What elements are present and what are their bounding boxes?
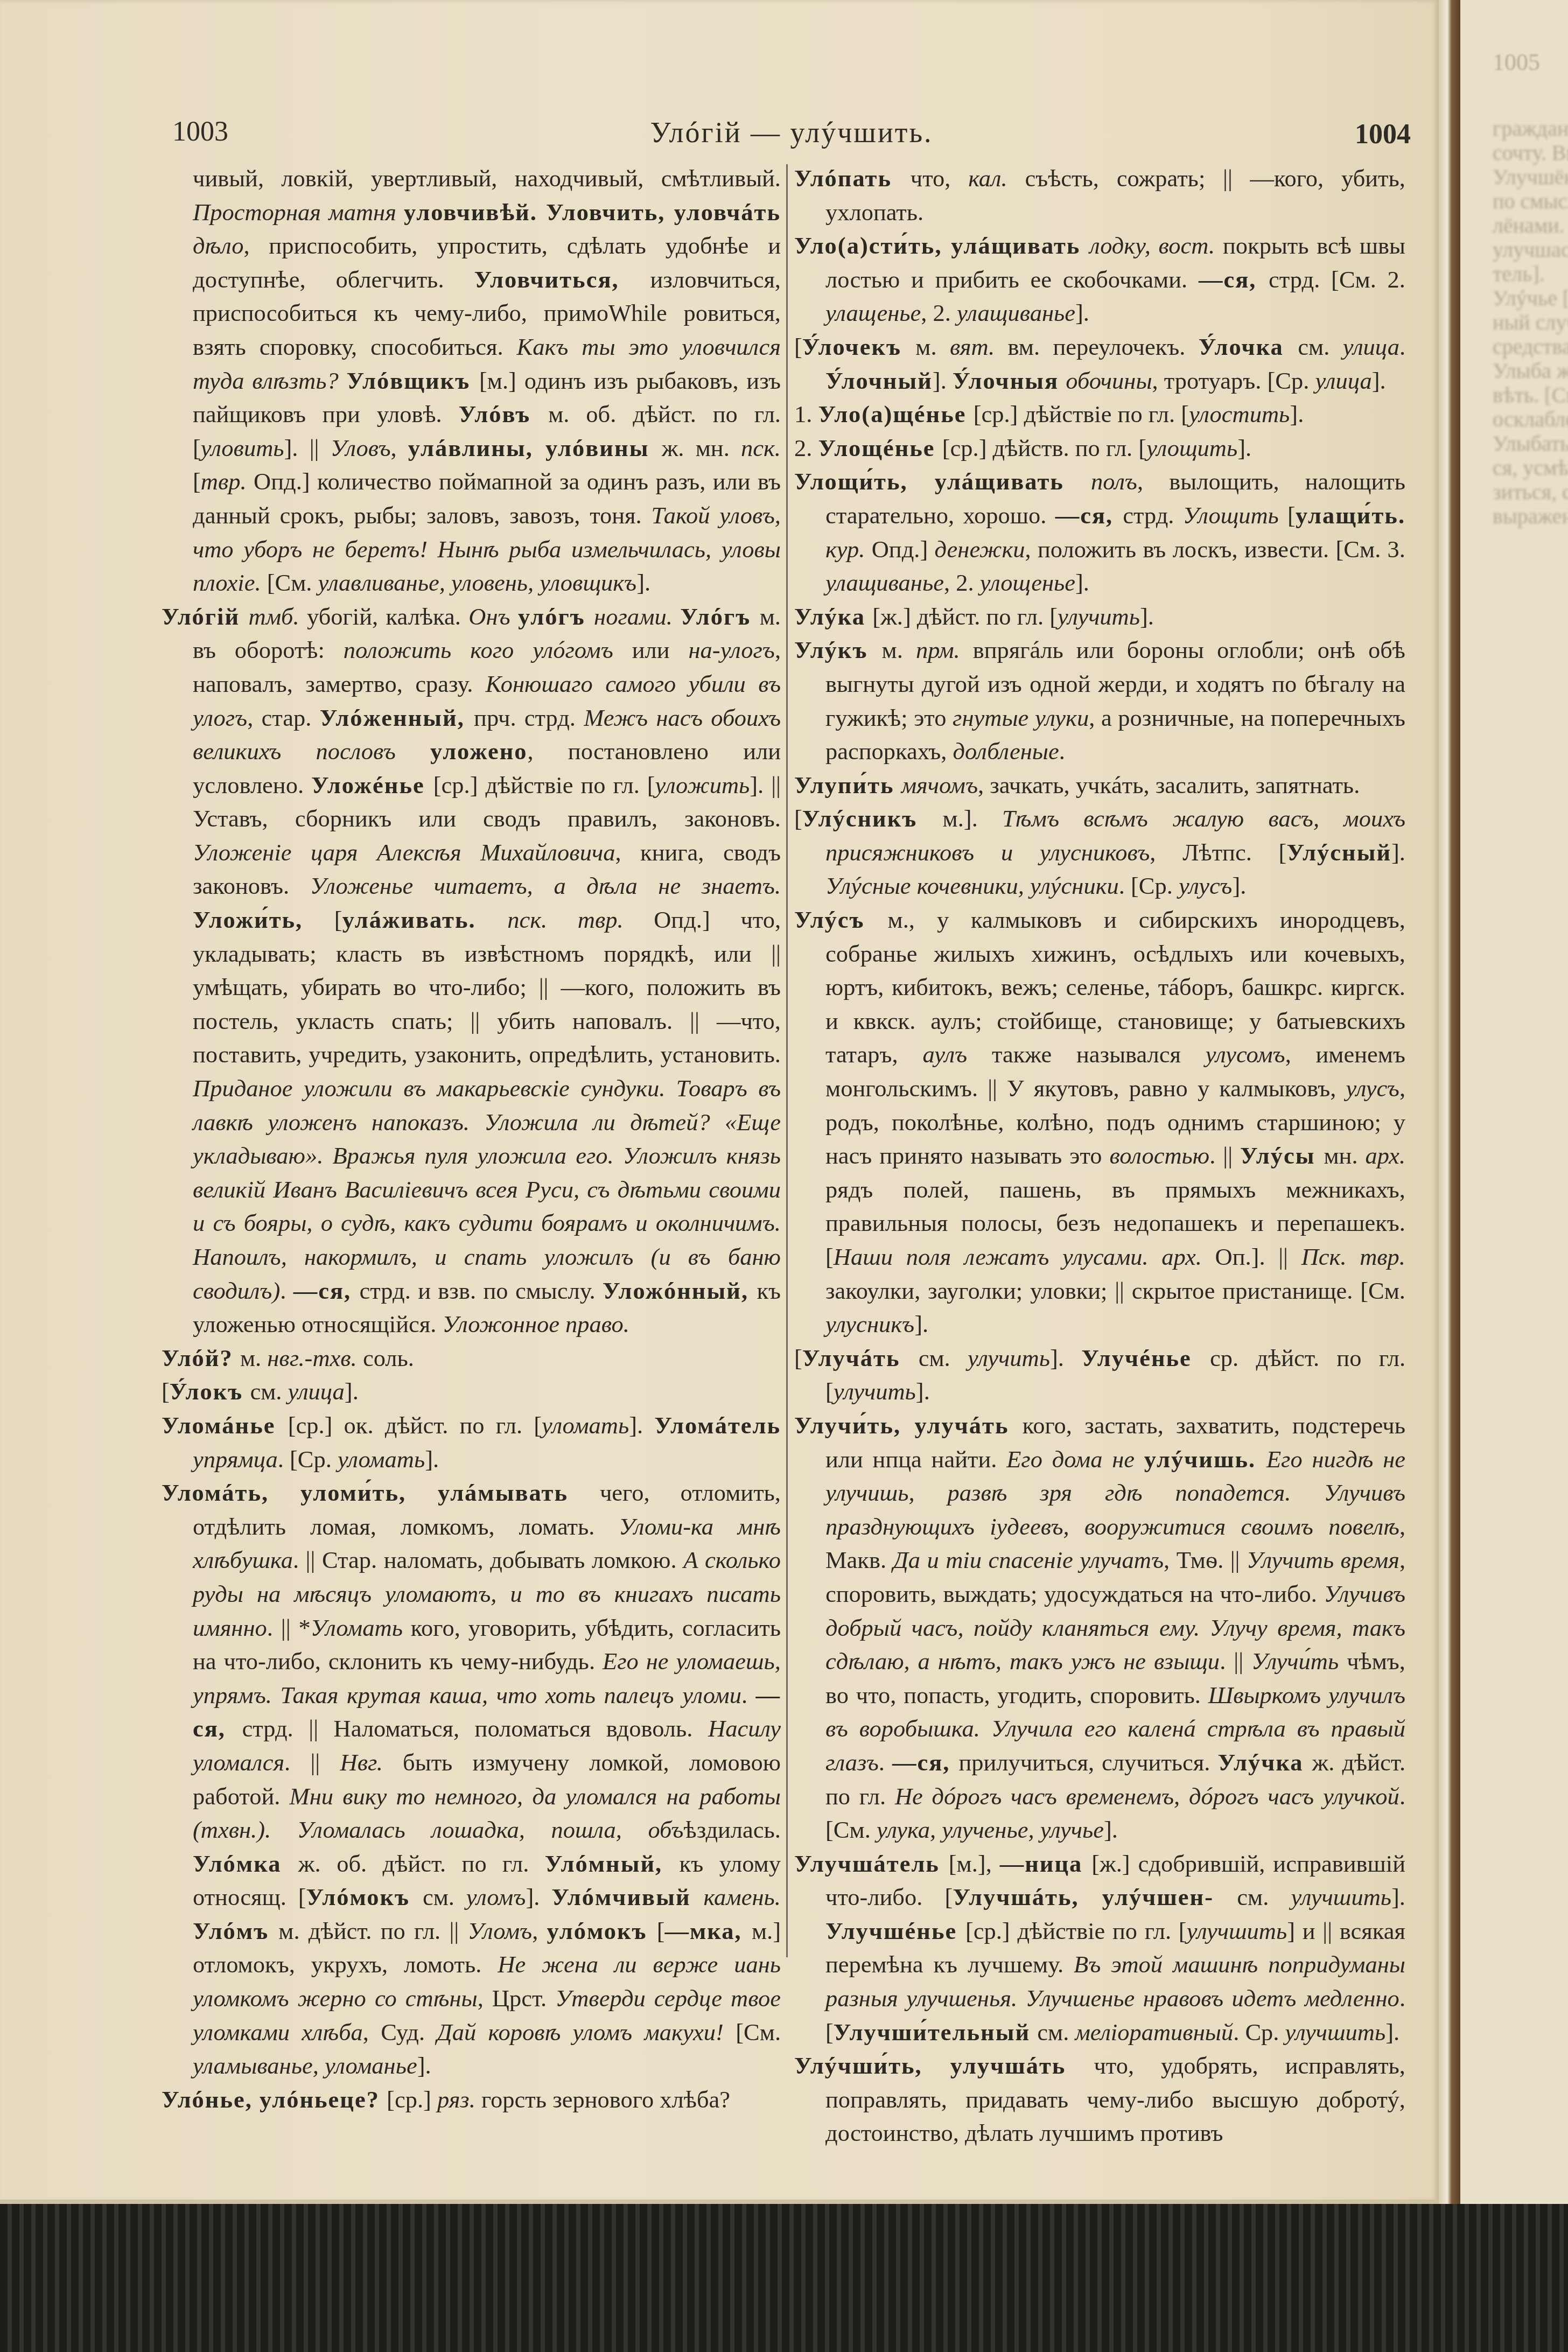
italic-text: Просторная матня xyxy=(193,199,404,226)
italic-text: прм. xyxy=(916,636,960,663)
entry-text: . || xyxy=(284,1749,340,1776)
headword: Улóмъ xyxy=(193,1917,278,1944)
headword: улóмокъ xyxy=(547,1917,657,1944)
italic-text: Улýсные кочевники, улýсники xyxy=(825,872,1119,899)
italic-text: Улощить xyxy=(1183,502,1287,529)
next-page-line: тель]. xyxy=(1493,261,1545,286)
entry-text: ]. xyxy=(345,1378,359,1405)
headword: улýчишь. xyxy=(1144,1446,1266,1473)
headword: Уложéнье xyxy=(311,772,433,799)
italic-text: Нвг. xyxy=(340,1749,383,1776)
dictionary-entry: Улóй? м. нвг.-тхв. соль. xyxy=(162,1341,781,1375)
headword: Улощи́ть, улáщивать xyxy=(794,468,1091,495)
headword: У́локъ xyxy=(170,1378,250,1405)
italic-text: Его дома не xyxy=(1006,1446,1144,1473)
entry-text: убогій, калѣка. xyxy=(299,603,469,630)
italic-text: обочины xyxy=(1066,367,1152,394)
entry-text: ]. xyxy=(629,1412,654,1439)
entry-text: . || xyxy=(1220,1648,1251,1675)
dictionary-page-spread: 1003 Улóгій — улýчшить. 1004 чивый, ловк… xyxy=(0,0,1439,2202)
italic-text: Не дóрогъ часъ временемъ, дóрогъ часъ ул… xyxy=(895,1783,1399,1810)
next-page-line: Улыба ж. xyxy=(1493,358,1568,383)
headword: Улупи́ть xyxy=(794,772,901,799)
headword: Улóженный, xyxy=(320,704,474,731)
entry-text: см. xyxy=(250,1378,288,1405)
entry-text: . xyxy=(741,1682,756,1709)
italic-text: кур. xyxy=(825,536,865,563)
italic-text: улащиванье xyxy=(825,569,944,596)
next-page-line: выраженье xyxy=(1493,503,1568,529)
italic-text: пск. твр. xyxy=(507,906,623,933)
running-title: Улóгій — улýчшить. xyxy=(172,116,1411,149)
entry-text: [ср.] дѣйствіе по гл. [ xyxy=(965,1917,1187,1944)
entry-text: , xyxy=(532,1917,547,1944)
italic-text: уловить xyxy=(201,435,284,461)
entry-text: [ xyxy=(1287,502,1296,529)
entry-text: 1. xyxy=(794,401,818,428)
headword: Улýчка xyxy=(1217,1749,1312,1776)
headword: Уложи́ть, xyxy=(193,906,334,933)
headword: —ся, xyxy=(1199,266,1269,293)
dictionary-entry: Улóпать что, кал. съѣсть, сожрать; || —к… xyxy=(794,162,1405,229)
entry-text: ж. об. дѣйст. по гл. xyxy=(298,1850,545,1877)
entry-text: или xyxy=(632,636,689,663)
next-page-line: средства. xyxy=(1493,334,1568,359)
italic-text: кал. xyxy=(968,165,1007,192)
entry-text: [ср.] дѣйств. по гл. [ xyxy=(942,435,1146,461)
entry-text: . Ср. xyxy=(1233,2019,1285,2046)
headword: —ница xyxy=(1000,1850,1092,1877)
dictionary-entry: Уломáнье [ср.] ок. дѣйст. по гл. [уломат… xyxy=(162,1409,781,1476)
italic-text: тмб. xyxy=(249,603,299,630)
headword: уловчивѣй. Уловчить, уловчáть xyxy=(404,199,781,226)
next-page-line: ся, усмѣха xyxy=(1493,455,1568,480)
page-bottom-edge xyxy=(0,2200,1439,2204)
entry-text: [ xyxy=(193,468,201,495)
entry-text: [ xyxy=(334,906,342,933)
headword: Улучи́ть, улучáть xyxy=(794,1412,1023,1439)
entry-text: , xyxy=(391,435,408,461)
italic-text: улощенье xyxy=(980,569,1075,596)
headword: У́лочка xyxy=(1199,333,1298,360)
dictionary-entry: Уломáть, уломи́ть, улáмывать чего, отлом… xyxy=(162,1476,781,2083)
headword: Уложóнный, xyxy=(603,1277,757,1304)
next-page-line: гражданъ. xyxy=(1493,116,1568,141)
entry-text: ]. xyxy=(933,367,953,394)
next-page-line: Улýчье [ср. xyxy=(1493,285,1568,311)
entry-text: [ж.] дѣйст. по гл. [ xyxy=(872,603,1058,630)
dictionary-entry: Улóнье, улóньеце? [ср.] ряз. горсть зерн… xyxy=(162,2083,781,2117)
italic-text: Уложенье читаетъ, а дѣла не знаетъ. xyxy=(310,872,781,899)
headword: Улóвщикъ xyxy=(346,367,479,394)
entry-text: , Тмѳ. || xyxy=(1164,1546,1247,1573)
italic-text: нвг.-тхв. xyxy=(267,1345,356,1371)
entry-text: ]. xyxy=(425,1446,439,1473)
italic-text: полъ xyxy=(1091,468,1137,495)
entry-text: стрд. и взв. по смыслу. xyxy=(360,1277,603,1304)
headword: улáживать. xyxy=(342,906,508,933)
next-page-line: лёнами. xyxy=(1493,213,1565,238)
italic-text: улащенье xyxy=(825,299,921,326)
headword: Улучéнье xyxy=(1081,1345,1210,1371)
entry-text: что, xyxy=(911,165,968,192)
headword: Улóвъ xyxy=(459,401,549,428)
entry-text: , Суд. xyxy=(363,2019,437,2046)
background-mat xyxy=(0,2204,1568,2352)
headword: Улýка xyxy=(794,603,872,630)
dictionary-entry: Улýка [ж.] дѣйст. по гл. [улучить]. xyxy=(794,600,1405,634)
italic-text: улица xyxy=(288,1378,345,1405)
headword: Улóмчивый xyxy=(551,1884,703,1910)
entry-text: м. xyxy=(882,636,916,663)
entry-text: ]. xyxy=(1290,401,1304,428)
entry-text: [м.], xyxy=(949,1850,1000,1877)
headword: Уловчиться, xyxy=(474,266,650,293)
italic-text: улучшить xyxy=(1187,1917,1287,1944)
italic-text: улостить xyxy=(1189,401,1290,428)
headword: Уломáнье xyxy=(162,1412,288,1439)
italic-text: лодку, вост. xyxy=(1089,232,1215,259)
italic-text: улица xyxy=(1315,367,1372,394)
entry-text: [ср.] дѣйствіе по гл. [ xyxy=(433,772,655,799)
italic-text: долбленые xyxy=(953,738,1059,765)
entry-text: прилучиться, случиться. xyxy=(958,1749,1217,1776)
italic-text: Онъ xyxy=(468,603,518,630)
headword: Улощéнье xyxy=(818,435,942,461)
entry-text: ]. xyxy=(916,1378,930,1405)
dictionary-entry: Улýкъ м. прм. впрягáль или бороны оглобл… xyxy=(794,633,1405,768)
italic-text: мячомъ xyxy=(901,772,978,799)
entry-text: [ xyxy=(657,1917,665,1944)
entry-text: ]. xyxy=(1391,1884,1405,1910)
italic-text: улучшить xyxy=(1285,2019,1386,2046)
italic-text: арх. xyxy=(1366,1142,1406,1169)
entry-text: . xyxy=(1399,333,1405,360)
italic-text: улука, улученье, улучье xyxy=(877,1816,1104,1843)
next-page-line: Улучшён xyxy=(1493,164,1568,190)
dictionary-entry: Улощи́ть, улáщивать полъ, вылощить, нало… xyxy=(794,465,1405,599)
entry-text: м. дѣйст. по гл. || xyxy=(278,1917,467,1944)
entry-text: м. xyxy=(240,1345,267,1371)
headword: У́лочекъ xyxy=(802,333,916,360)
entry-text: ]. xyxy=(417,2052,431,2079)
entry-text: см. xyxy=(919,1345,968,1371)
italic-text: гнутые улуки xyxy=(953,704,1089,731)
italic-text: Улучить время xyxy=(1247,1546,1399,1573)
dictionary-entry: Улýчши́ть, улучшáть что, удобрять, испра… xyxy=(794,2049,1405,2150)
entry-text: [ xyxy=(794,333,802,360)
book-gutter xyxy=(1439,0,1460,2352)
italic-text: Дай коровѣ уломъ макухи! xyxy=(437,2019,724,2046)
italic-text: твр. xyxy=(201,468,247,495)
italic-text: дѣло xyxy=(193,232,243,259)
italic-text: Наши поля лежатъ улусами. арх. xyxy=(834,1243,1202,1270)
dictionary-entry: Улупи́ть мячомъ, зачкать, учкáть, засали… xyxy=(794,768,1405,802)
entry-text: см. xyxy=(1237,1884,1291,1910)
entry-text: Оп.]. || xyxy=(1202,1243,1301,1270)
headword: Улýчши́ть, улучшáть xyxy=(794,2052,1094,2079)
entry-text: , Лѣтпс. [ xyxy=(1150,839,1286,866)
entry-text: , Црст. xyxy=(478,1985,556,2012)
headword: Улучáть xyxy=(802,1345,919,1371)
italic-text: уламыванье, уломанье xyxy=(193,2052,417,2079)
italic-text: улусъ xyxy=(1179,872,1232,899)
entry-text: см. xyxy=(1298,333,1342,360)
entry-text: . || Стар. наломать, добывать ломкою. xyxy=(293,1546,683,1573)
headword: Улучшáть, улýчшен- xyxy=(953,1884,1237,1910)
headword: Улучшéнье xyxy=(825,1917,965,1944)
dictionary-entry: 1. Уло(а)щéнье [ср.] дѣйствіе по гл. [ул… xyxy=(794,397,1405,431)
entry-text: ж. мн. xyxy=(662,435,741,461)
italic-text: улусникъ xyxy=(825,1311,914,1338)
italic-text: уложить xyxy=(655,772,750,799)
italic-text: улица xyxy=(1343,333,1399,360)
italic-text: улучить xyxy=(968,1345,1050,1371)
italic-text: Улучи́ть xyxy=(1251,1648,1347,1675)
headword: Уломáть, уломи́ть, улáмывать xyxy=(162,1479,600,1506)
headword: Улóмка xyxy=(193,1850,298,1877)
entry-text: [ср.] xyxy=(387,2086,437,2113)
entry-text: . xyxy=(280,1277,293,1304)
next-page-line: улучшасм xyxy=(1493,237,1568,262)
italic-text: улучить xyxy=(1058,603,1140,630)
next-page-sliver: 1005 гражданъ.сочту. ВысУлучшёнпо смыслу… xyxy=(1460,0,1568,2352)
headword: улащи́ть. xyxy=(1296,502,1405,529)
italic-text: Уловъ xyxy=(331,435,391,461)
headword: Улóгъ xyxy=(680,603,759,630)
entry-text: [ср.] ок. дѣйст. по гл. [ xyxy=(288,1412,542,1439)
entry-text: ]. xyxy=(1237,435,1251,461)
italic-text: камень. xyxy=(703,1884,781,1910)
italic-text: улучшить xyxy=(1291,1884,1391,1910)
entry-text: горсть зернового хлѣба? xyxy=(475,2086,730,2113)
entry-text: чивый, ловкій, увертливый, находчивый, с… xyxy=(193,165,781,192)
entry-text: ]. xyxy=(914,1311,928,1338)
headword: —ся, xyxy=(892,1749,958,1776)
entry-text: мн. xyxy=(1324,1142,1365,1169)
next-page-line: Улыбаться, у xyxy=(1493,431,1568,456)
entry-text: . xyxy=(879,1749,892,1776)
entry-text: . || xyxy=(1209,1142,1240,1169)
entry-text: [ xyxy=(794,805,802,832)
entry-text: , 2. xyxy=(921,299,957,326)
italic-text: волостью xyxy=(1110,1142,1210,1169)
entry-text: см. xyxy=(1037,2019,1075,2046)
italic-text: вят. xyxy=(950,333,995,360)
page-number-right: 1004 xyxy=(1355,118,1411,150)
entry-text: соль. xyxy=(357,1345,414,1371)
dictionary-entry: [У́лочекъ м. вят. вм. переулочекъ. У́лоч… xyxy=(794,330,1405,397)
headword: Улучшáтель xyxy=(794,1850,949,1877)
next-page-line: по смыслу xyxy=(1493,188,1568,214)
italic-text: Уломъ xyxy=(467,1917,532,1944)
next-page-line: зиться, сте xyxy=(1493,479,1568,505)
entry-text: , тротуаръ. [Ср. xyxy=(1152,367,1315,394)
page-header: 1003 Улóгій — улýчшить. 1004 xyxy=(172,116,1411,159)
dictionary-entry: [У́локъ см. улица]. xyxy=(162,1375,781,1409)
headword: улóгъ xyxy=(518,603,594,630)
italic-text: пск. xyxy=(741,435,781,461)
headword: Улóгій xyxy=(162,603,249,630)
italic-text: Да и тіи спасеніе улучатъ xyxy=(893,1546,1164,1573)
italic-text: ногами. xyxy=(594,603,680,630)
italic-text: положить кого улóгомъ xyxy=(344,636,632,663)
entry-text: ]. xyxy=(1104,1816,1118,1843)
headword: —ся, xyxy=(1055,502,1123,529)
next-page-line: осклабленье xyxy=(1493,407,1568,432)
entry-text: ѣздилась. xyxy=(683,1816,781,1843)
italic-text: уломать xyxy=(542,1412,629,1439)
headword: —мка, xyxy=(665,1917,752,1944)
headword: У́лочный xyxy=(825,367,933,394)
dictionary-entry: 2. Улощéнье [ср.] дѣйств. по гл. [улощит… xyxy=(794,431,1405,465)
entry-text: [ср.] дѣйствіе по гл. [ xyxy=(974,401,1189,428)
italic-text: денежки xyxy=(935,536,1025,563)
headword: У́лочныя xyxy=(953,367,1066,394)
headword: Уломáтель xyxy=(654,1412,781,1439)
italic-text: ряз. xyxy=(437,2086,475,2113)
next-page-number: 1005 xyxy=(1493,48,1540,76)
headword: Уло(а)сти́ть, улáщивать xyxy=(794,232,1089,259)
dictionary-entry: Улучшáтель [м.], —ница [ж.] сдобрившій, … xyxy=(794,1847,1405,2049)
entry-text: ]. xyxy=(636,569,650,596)
italic-text: Уложеніе царя Алексѣя Михайловича xyxy=(193,839,615,866)
dictionary-entry: [Улýсникъ м.]. Тѣмъ всѣмъ жалую васъ, мо… xyxy=(794,802,1405,903)
italic-text: улощить xyxy=(1146,435,1237,461)
headword: улáвлины, улóвины xyxy=(408,435,662,461)
headword: Улóмный, xyxy=(545,1850,680,1877)
entry-text: м.]. xyxy=(943,805,1003,832)
entry-text: [См. xyxy=(724,2019,781,2046)
headword: уложено xyxy=(430,738,528,765)
dictionary-entry: [Улучáть см. улучить]. Улучéнье ср. дѣйс… xyxy=(794,1341,1405,1409)
entry-text: [ xyxy=(162,1378,170,1405)
entry-text: , 2. xyxy=(944,569,980,596)
entry-text: ]. xyxy=(1050,1345,1081,1371)
italic-text: Уложонное право. xyxy=(442,1311,629,1338)
headword: Улýсникъ xyxy=(802,805,943,832)
entry-text: . [Ср. xyxy=(1119,872,1179,899)
dictionary-entry: чивый, ловкій, увертливый, находчивый, с… xyxy=(162,162,781,600)
headword: Улýкъ xyxy=(794,636,882,663)
entry-text: , стар. xyxy=(247,704,320,731)
dictionary-entry: Уло(а)сти́ть, улáщивать лодку, вост. пок… xyxy=(794,229,1405,330)
italic-text: улучить xyxy=(834,1378,916,1405)
entry-text: вм. переулочекъ. xyxy=(995,333,1199,360)
headword: Улóпать xyxy=(794,165,911,192)
entry-text: 2. xyxy=(794,435,818,461)
headword: Улýсы xyxy=(1240,1142,1324,1169)
dictionary-entry: Улóгій тмб. убогій, калѣка. Онъ улóгъ но… xyxy=(162,600,781,1341)
next-page-line: ный случа xyxy=(1493,310,1568,335)
entry-text: ]. xyxy=(1391,839,1405,866)
entry-text: . xyxy=(1059,738,1065,765)
headword: Улóнье, улóньеце? xyxy=(162,2086,387,2113)
entry-text: м. xyxy=(915,333,950,360)
entry-text: ]. xyxy=(526,1884,551,1910)
entry-text: ]. xyxy=(1372,367,1386,394)
dictionary-entry: Улýсъ м., у калмыковъ и сибирскихъ иноро… xyxy=(794,903,1405,1341)
entry-text: ]. xyxy=(1140,603,1154,630)
italic-text: улусомъ xyxy=(1206,1041,1285,1068)
next-page-line: вѣть. [См. xyxy=(1493,382,1568,408)
entry-text: ]. xyxy=(1385,2019,1399,2046)
right-column: Улóпать что, кал. съѣсть, сожрать; || —к… xyxy=(794,162,1405,2150)
entry-text: . [Ср. xyxy=(278,1446,338,1473)
entry-text: стрд. xyxy=(1123,502,1182,529)
entry-text: стрд. [См. 2. xyxy=(1269,266,1405,293)
entry-text: ]. || xyxy=(284,435,331,461)
headword: —ся, xyxy=(293,1277,360,1304)
entry-text: прч. стрд. xyxy=(474,704,584,731)
italic-text: Пск. твр. xyxy=(1301,1243,1405,1270)
entry-text: стрд. || Наломаться, поломаться вдоволь. xyxy=(242,1715,709,1742)
italic-text: улавливанье, уловень, уловщикъ xyxy=(318,569,637,596)
entry-text: [См. xyxy=(267,569,318,596)
italic-text: аулъ xyxy=(922,1041,991,1068)
entry-text: ]. xyxy=(1075,299,1089,326)
italic-text: уломъ xyxy=(466,1884,526,1910)
entry-text: ]. xyxy=(1232,872,1246,899)
entry-text: см. xyxy=(423,1884,466,1910)
headword: Уло(а)щéнье xyxy=(818,401,974,428)
entry-text: Опд.] xyxy=(865,536,934,563)
italic-text: улусъ xyxy=(1346,1075,1399,1102)
entry-text: , положить въ лоскъ, извести. [См. 3. xyxy=(1025,536,1405,563)
headword: Улýсъ xyxy=(794,906,888,933)
left-column: чивый, ловкій, увертливый, находчивый, с… xyxy=(162,162,781,2116)
entry-text: [ xyxy=(794,1345,802,1371)
headword: Улóмокъ xyxy=(306,1884,423,1910)
italic-text: меліоративный xyxy=(1075,2019,1233,2046)
entry-text: . || * xyxy=(267,1614,311,1641)
italic-text: на-улогъ xyxy=(689,636,775,663)
italic-text: Уломать xyxy=(311,1614,411,1641)
entry-text: закоулки, зауголки; уловки; || скрытое п… xyxy=(825,1277,1405,1304)
next-page-line: сочту. Выс xyxy=(1493,140,1568,165)
dictionary-entry: Улучи́ть, улучáть кого, застать, захвати… xyxy=(794,1409,1405,1847)
entry-text: ]. xyxy=(1075,569,1089,596)
entry-text: , зачкать, учкáть, засалить, запятнать. xyxy=(978,772,1360,799)
headword: Улýсный xyxy=(1286,839,1391,866)
italic-text: уломать xyxy=(338,1446,425,1473)
headword: Улучши́тельный xyxy=(834,2019,1037,2046)
italic-text: Приданое уложили въ макарьевскіе сундуки… xyxy=(193,1075,781,1304)
entry-text: также назывался xyxy=(992,1041,1206,1068)
italic-text: упрямца xyxy=(193,1446,278,1473)
headword: Улóй? xyxy=(162,1345,240,1371)
italic-text: улащиванье xyxy=(957,299,1075,326)
column-divider xyxy=(786,164,788,1957)
